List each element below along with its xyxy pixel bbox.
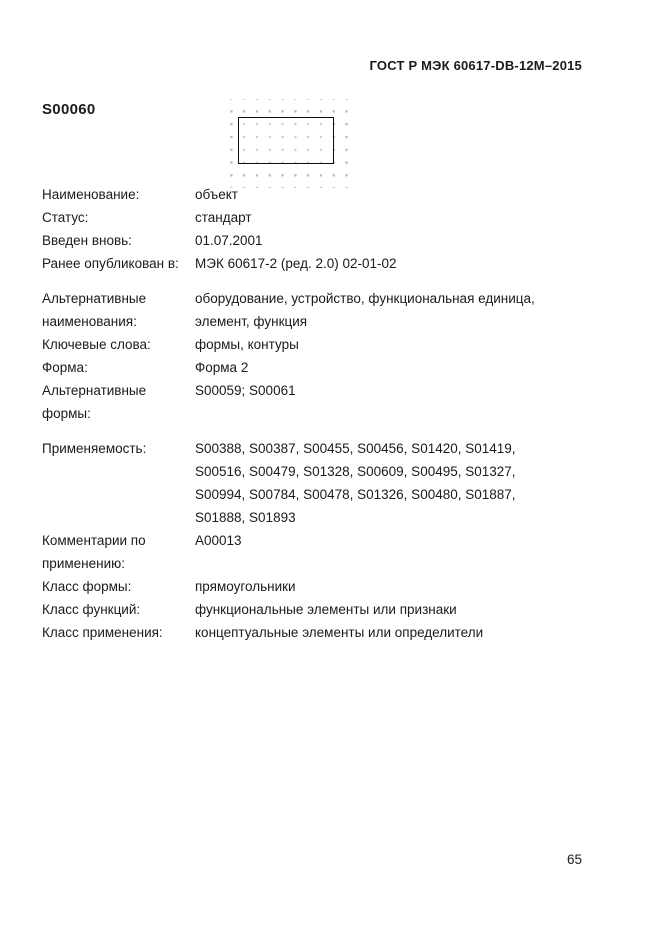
detail-row: Наименование: объект — [42, 183, 602, 206]
detail-label: Ключевые слова: — [42, 333, 195, 356]
detail-value: стандарт — [195, 206, 595, 229]
document-page: ГОСТ Р МЭК 60617-DB-12M–2015 S00060 Наим… — [0, 0, 661, 936]
detail-value: прямоугольники — [195, 575, 595, 598]
detail-value: Форма 2 — [195, 356, 595, 379]
detail-row: Комментарии по применению: A00013 — [42, 529, 602, 575]
detail-value: A00013 — [195, 529, 595, 552]
detail-value: формы, контуры — [195, 333, 595, 356]
detail-value: МЭК 60617-2 (ред. 2.0) 02-01-02 — [195, 252, 595, 275]
detail-row: Введен вновь: 01.07.2001 — [42, 229, 602, 252]
detail-value: S00059; S00061 — [195, 379, 595, 402]
document-standard-header: ГОСТ Р МЭК 60617-DB-12M–2015 — [370, 58, 582, 73]
detail-row: Ранее опубликован в: МЭК 60617-2 (ред. 2… — [42, 252, 602, 275]
detail-label: Введен вновь: — [42, 229, 195, 252]
detail-label: Класс применения: — [42, 621, 195, 644]
detail-label: Класс функций: — [42, 598, 195, 621]
detail-value: объект — [195, 183, 595, 206]
detail-value: функциональные элементы или признаки — [195, 598, 595, 621]
detail-value: S00388, S00387, S00455, S00456, S01420, … — [195, 437, 595, 529]
detail-value: 01.07.2001 — [195, 229, 595, 252]
page-number: 65 — [567, 852, 582, 867]
detail-row: Альтернативные наименования: оборудовани… — [42, 287, 602, 333]
detail-row: Класс применения: концептуальные элемент… — [42, 621, 602, 644]
symbol-details-list: Наименование: объект Статус: стандарт Вв… — [42, 183, 602, 644]
detail-row: Статус: стандарт — [42, 206, 602, 229]
detail-value: концептуальные элементы или определители — [195, 621, 595, 644]
detail-label: Ранее опубликован в: — [42, 252, 195, 275]
detail-label: Наименование: — [42, 183, 195, 206]
rectangle-symbol-icon — [238, 117, 334, 164]
symbol-id-heading: S00060 — [42, 101, 96, 118]
detail-row: Класс формы: прямоугольники — [42, 575, 602, 598]
symbol-figure — [222, 99, 354, 188]
detail-label: Статус: — [42, 206, 195, 229]
detail-row: Форма: Форма 2 — [42, 356, 602, 379]
detail-value: оборудование, устройство, функциональная… — [195, 287, 595, 333]
detail-row: Ключевые слова: формы, контуры — [42, 333, 602, 356]
detail-row: Класс функций: функциональные элементы и… — [42, 598, 602, 621]
detail-label: Альтернативные формы: — [42, 379, 195, 425]
detail-label: Применяемость: — [42, 437, 195, 460]
detail-row: Применяемость: S00388, S00387, S00455, S… — [42, 437, 602, 529]
detail-label: Класс формы: — [42, 575, 195, 598]
detail-label: Форма: — [42, 356, 195, 379]
detail-label: Альтернативные наименования: — [42, 287, 195, 333]
detail-label: Комментарии по применению: — [42, 529, 195, 575]
detail-row: Альтернативные формы: S00059; S00061 — [42, 379, 602, 425]
